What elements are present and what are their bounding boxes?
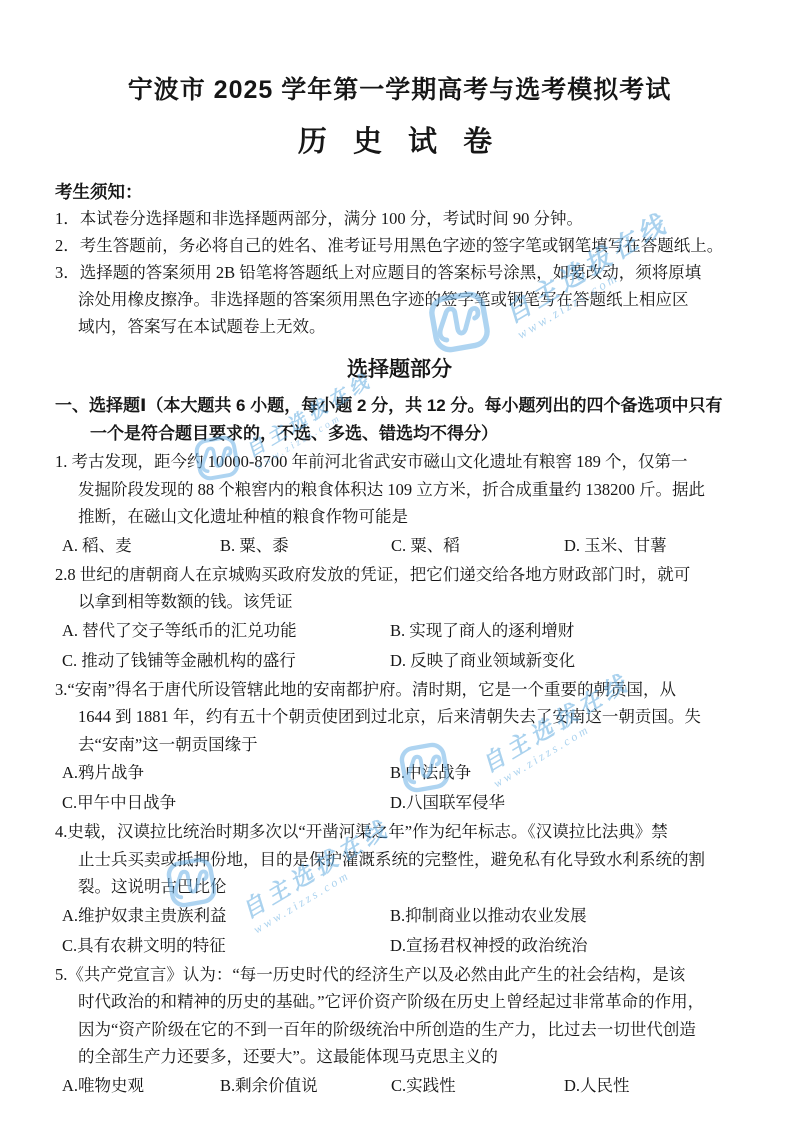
option-4-d: D.宣扬君权神授的政治统治 [390,931,588,961]
question-5: 5.《共产党宣言》认为：“每一历史时代的经济生产以及必然由此产生的社会结构，是该… [55,961,744,1101]
part1-heading-line-1: 一、选择题Ⅰ（本大题共 6 小题，每小题 2 分，共 12 分。每小题列出的四个… [55,392,744,420]
option-1-d: D. 玉米、甘薯 [564,531,667,561]
question-2: 2.8 世纪的唐朝商人在京城购买政府发放的凭证，把它们递交给各地方财政部门时，就… [55,561,744,676]
notice-item-3-line-1: 3．选择题的答案须用 2B 铅笔将答题纸上对应题目的答案标号涂黑，如要改动，须将… [55,259,744,286]
option-3-b: B.中法战争 [390,758,471,788]
question-3-line: 去“安南”这一朝贡国缘于 [55,731,744,759]
question-4-line: 裂。这说明古巴比伦 [55,873,744,901]
option-1-c: C. 粟、稻 [391,531,564,561]
question-4-line: 止士兵买卖或抵押份地，目的是保护灌溉系统的完整性，避免私有化导致水利系统的割 [55,846,744,874]
question-4-options-row-2: C.具有农耕文明的特征 D.宣扬君权神授的政治统治 [55,931,744,961]
notice-item-3-line-2: 涂处用橡皮擦净。非选择题的答案须用黑色字迹的签字笔或钢笔写在答题纸上相应区 [55,286,744,313]
question-1-line: 推断，在磁山文化遗址种植的粮食作物可能是 [55,503,744,531]
question-5-line: 5.《共产党宣言》认为：“每一历史时代的经济生产以及必然由此产生的社会结构，是该 [55,961,744,989]
option-5-c: C.实践性 [391,1071,564,1101]
paper-subject-title: 历 史 试 卷 [55,119,744,160]
question-3-options-row-1: A.鸦片战争 B.中法战争 [55,758,744,788]
option-5-d: D.人民性 [564,1071,630,1101]
notice-heading: 考生须知： [55,179,744,205]
option-4-a: A.维护奴隶主贵族利益 [62,901,390,931]
section-heading: 选择题部分 [55,353,744,383]
question-5-options: A.唯物史观 B.剩余价值说 C.实践性 D.人民性 [55,1071,744,1101]
option-4-c: C.具有农耕文明的特征 [62,931,390,961]
option-1-b: B. 粟、黍 [220,531,391,561]
question-5-line: 时代政治的和精神的历史的基础。”它评价资产阶级在历史上曾经起过非常革命的作用， [55,988,744,1016]
question-3: 3.“安南”得名于唐代所设管辖此地的安南都护府。清时期，它是一个重要的朝贡国，从… [55,676,744,819]
notice-item-3-line-3: 域内，答案写在本试题卷上无效。 [55,313,744,340]
question-3-options-row-2: C.甲午中日战争 D.八国联军侵华 [55,788,744,818]
question-1-line: 1. 考古发现，距今约 10000-8700 年前河北省武安市磁山文化遗址有粮窖… [55,448,744,476]
question-3-line: 3.“安南”得名于唐代所设管辖此地的安南都护府。清时期，它是一个重要的朝贡国，从 [55,676,744,704]
question-1-options: A. 稻、麦 B. 粟、黍 C. 粟、稻 D. 玉米、甘薯 [55,531,744,561]
question-5-line: 因为“资产阶级在它的不到一百年的阶级统治中所创造的生产力，比过去一切世代创造 [55,1016,744,1044]
notice-item-1: 1．本试卷分选择题和非选择题两部分，满分 100 分，考试时间 90 分钟。 [55,205,744,232]
option-2-b: B. 实现了商人的逐利增财 [390,616,574,646]
exam-title: 宁波市 2025 学年第一学期高考与选考模拟考试 [55,70,744,106]
part1-heading-line-2: 一个是符合题目要求的，不选、多选、错选均不得分） [55,420,744,448]
question-2-options-row-1: A. 替代了交子等纸币的汇兑功能 B. 实现了商人的逐利增财 [55,616,744,646]
question-2-line: 以拿到相等数额的钱。该凭证 [55,588,744,616]
question-5-line: 的全部生产力还要多，还要大”。这最能体现马克思主义的 [55,1043,744,1071]
question-4-line: 4.史载，汉谟拉比统治时期多次以“开凿河渠之年”作为纪年标志。《汉谟拉比法典》禁 [55,818,744,846]
page-content: 宁波市 2025 学年第一学期高考与选考模拟考试 历 史 试 卷 考生须知： 1… [55,70,744,1101]
question-4-options-row-1: A.维护奴隶主贵族利益 B.抑制商业以推动农业发展 [55,901,744,931]
option-3-a: A.鸦片战争 [62,758,390,788]
option-2-a: A. 替代了交子等纸币的汇兑功能 [62,616,390,646]
option-3-c: C.甲午中日战争 [62,788,390,818]
question-1: 1. 考古发现，距今约 10000-8700 年前河北省武安市磁山文化遗址有粮窖… [55,448,744,561]
option-2-c: C. 推动了钱铺等金融机构的盛行 [62,646,390,676]
option-2-d: D. 反映了商业领域新变化 [390,646,575,676]
notice-item-2: 2．考生答题前，务必将自己的姓名、准考证号用黑色字迹的签字笔或钢笔填写在答题纸上… [55,232,744,259]
question-3-line: 1644 到 1881 年，约有五十个朝贡使团到过北京，后来清朝失去了安南这一朝… [55,703,744,731]
question-2-line: 2.8 世纪的唐朝商人在京城购买政府发放的凭证，把它们递交给各地方财政部门时，就… [55,561,744,589]
option-3-d: D.八国联军侵华 [390,788,505,818]
question-2-options-row-2: C. 推动了钱铺等金融机构的盛行 D. 反映了商业领域新变化 [55,646,744,676]
question-4: 4.史载，汉谟拉比统治时期多次以“开凿河渠之年”作为纪年标志。《汉谟拉比法典》禁… [55,818,744,961]
exam-paper-page: 宁波市 2025 学年第一学期高考与选考模拟考试 历 史 试 卷 考生须知： 1… [0,0,794,1123]
question-1-line: 发掘阶段发现的 88 个粮窖内的粮食体积达 109 立方米，折合成重量约 138… [55,476,744,504]
option-5-b: B.剩余价值说 [220,1071,391,1101]
option-1-a: A. 稻、麦 [62,531,220,561]
option-4-b: B.抑制商业以推动农业发展 [390,901,587,931]
option-5-a: A.唯物史观 [62,1071,220,1101]
